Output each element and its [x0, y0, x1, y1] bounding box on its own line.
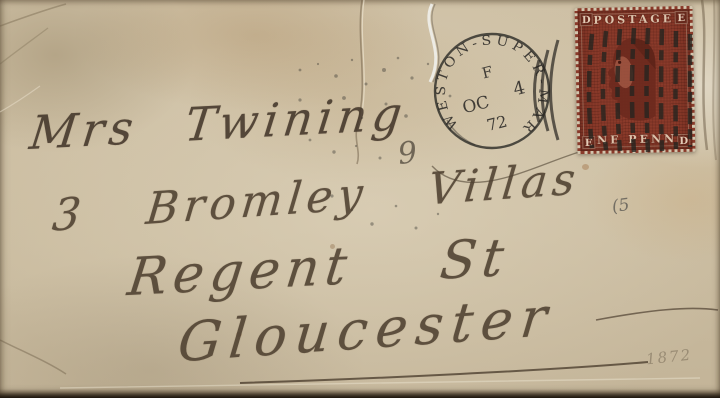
pencil-note: (5 [611, 195, 631, 217]
envelope-photo: Mrs Twining 3 Bromley Villas Regent St G… [0, 0, 720, 398]
stamp-top-label: POSTAGE [578, 12, 690, 27]
stamp-bottom-label: ONE PENNY [580, 132, 692, 147]
stamp-corner-letter-tr: E [675, 11, 688, 24]
penny-red-stamp: POSTAGE ONE PENNY D E E D [574, 6, 695, 154]
stamp-corner-letter-br: D [677, 134, 690, 147]
stamp-corner-letter-bl: E [582, 136, 595, 149]
envelope-bottom-edge-shadow [0, 389, 720, 398]
foxing-spot [582, 164, 589, 170]
ink-squiggle-mark: 9 [396, 135, 419, 172]
stamp-corner-letter-tl: D [580, 13, 593, 26]
